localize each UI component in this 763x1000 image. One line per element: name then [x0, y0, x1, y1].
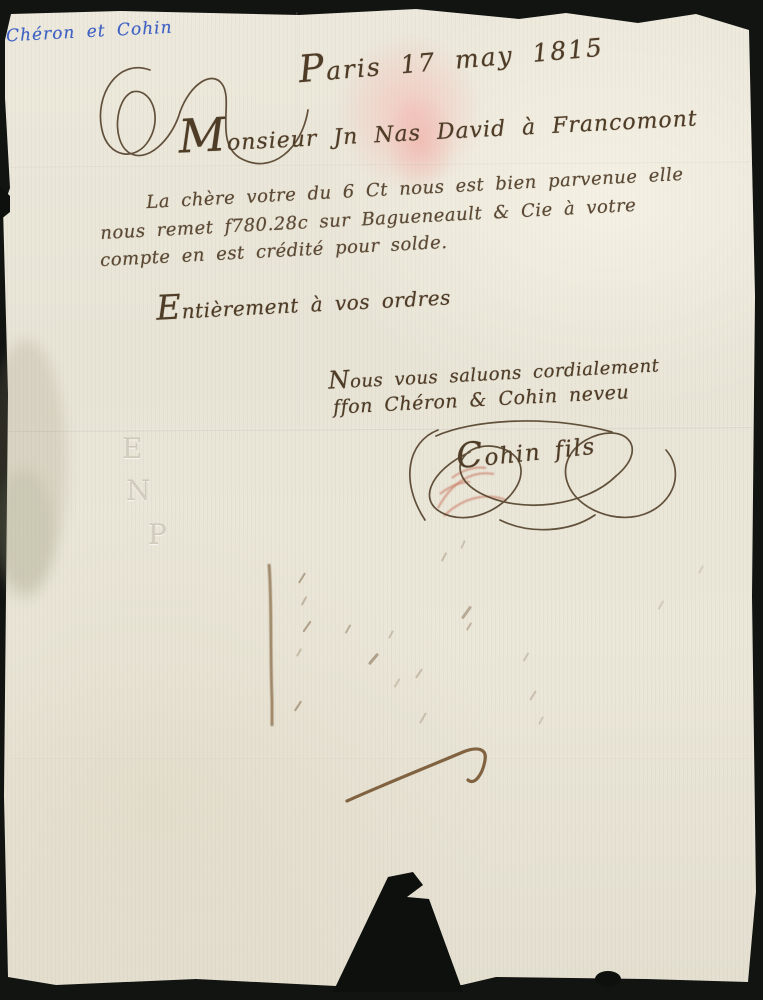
- watermark-letter: N: [126, 474, 151, 507]
- photo-backdrop: E N P Chéron et Cohin Paris 17 may 1815 …: [0, 0, 763, 1000]
- watermark-letter: P: [148, 518, 167, 551]
- paper-crease: [10, 757, 750, 759]
- watermark-letter: E: [122, 432, 142, 465]
- paper-crease: [390, 432, 392, 977]
